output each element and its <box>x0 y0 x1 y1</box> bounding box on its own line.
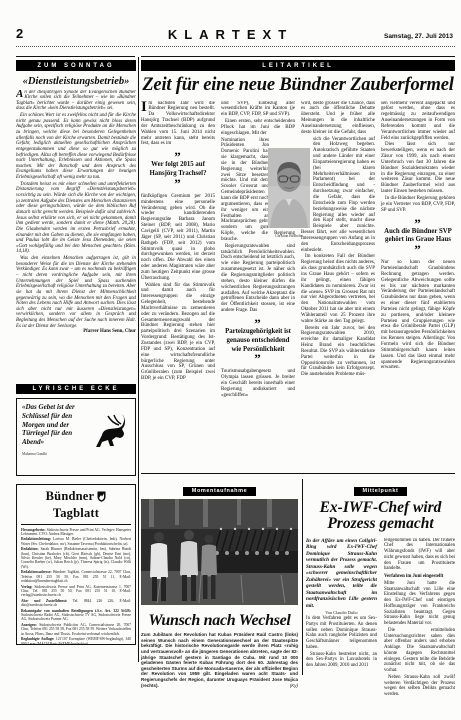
paragraph: Trotzdem heisst es mit einer schnellen u… <box>16 182 136 255</box>
author-portrait-photo: Christian Buxhofer <box>268 148 310 238</box>
paragraph: Im nächsten Jahr wird die Bündner Regier… <box>141 101 215 148</box>
imprint-text: Herausgeberin: Südostschweiz Presse und … <box>21 528 131 646</box>
quote-mark-icon: ” <box>144 179 212 188</box>
left-column-rule <box>16 56 135 57</box>
paragraph: Was den einzelnen Menschen aufgetragen i… <box>16 256 136 335</box>
paragraph: In die Bündner Regierung gehören je ein … <box>381 196 455 214</box>
byline: Von Claudio Dulio <box>306 610 377 615</box>
paragraph: wird, desto grösser die Chance, dass es … <box>301 101 375 136</box>
parade-image <box>141 499 298 605</box>
momentaufnahme-caption: Zum Jubiläum der Revolution hat Kubas Pr… <box>141 632 298 688</box>
mittelpunkt-section: Mittelpunkt Ex-IWF-Chef wird Prozess gem… <box>306 479 455 706</box>
photo-wrap: sich die Verantwortlichen auf den Holzwe… <box>301 137 375 379</box>
photo-credit: (Ky) <box>290 683 298 689</box>
paragraph: Regierungsratswahlen sind tatsächlich Pe… <box>221 244 295 314</box>
paragraph: sen vielmehr vereint angepackt und gelös… <box>381 101 455 142</box>
paragraph: sich die Verantwortlichen auf den Holzwe… <box>301 137 375 254</box>
bottom-column-divider <box>302 479 303 675</box>
page-date: Samstag, 27. Juli 2013 <box>384 33 453 40</box>
paragraph: Tourismusabgabengesetz und Olympia lasse… <box>221 369 295 398</box>
momentaufnahme-bar: Momentaufnahme <box>183 487 256 496</box>
column-1: Im nächsten Jahr wird die Bündner Regier… <box>141 101 215 458</box>
article-lead: In der Affäre um einen Callgirl-Ring wir… <box>306 538 377 610</box>
paragraph: teilgenommen zu haben. Der frühere Chef … <box>384 538 455 573</box>
imprint-line: Bekanntgabe von namhaften Beteiligungen … <box>21 609 131 622</box>
paragraph: Einen ersten, sehr entscheidenden Pflock… <box>221 119 295 137</box>
author-signature: Pfarrer Hans Senn, Chur <box>16 329 136 335</box>
imprint-line: Anzeigen: Südostschweiz Publicitas AG, C… <box>21 623 131 636</box>
paragraph: Nur so kann der neuen Parteienlandschaft… <box>381 260 455 371</box>
pull-quote: ” Auch die Bündner SVP gehört ins Graue … <box>384 219 452 255</box>
crest-icon <box>97 491 106 506</box>
lyric-box: «Das Gebet ist der Schlüssel für den Mor… <box>16 398 136 476</box>
mittelpunkt-headline: Ex-IWF-Chef wird Prozess gemacht <box>306 500 455 533</box>
paragraph: fünfköpfigen Gremium per 2015 mindestens… <box>141 194 215 282</box>
paragraph: Im konkreten Fall der Bündner Regierung … <box>301 254 375 324</box>
imprint-line: Verlag: Südostschweiz Presse und Print A… <box>21 585 131 598</box>
momentaufnahme-headline: Wunsch nach Wechsel <box>141 612 298 630</box>
imprint-line: Redaktionsadresse: Bündner Tagblatt, Com… <box>21 570 131 583</box>
paragraph: Strauss-Kahn bestreitet nicht, an den Se… <box>306 652 377 669</box>
bt-logo: Bündner Tagblatt <box>21 489 131 525</box>
pull-quote: ” Parteizugehörigkeit ist genauso entsch… <box>224 319 292 363</box>
header-dotted-rule <box>16 46 455 47</box>
paragraph: Wahlen sind für das Stimmvolk und damit … <box>141 283 215 382</box>
mittelpunkt-columns: In der Affäre um einen Callgirl-Ring wir… <box>306 538 455 706</box>
quote-mark-icon: ” <box>384 245 452 254</box>
mittelpunkt-col-1: In der Affäre um einen Callgirl-Ring wir… <box>306 538 377 706</box>
zum-sonntag-body: An der diesjährigen Synode der Evangelis… <box>16 90 136 378</box>
column-divider-left <box>138 57 139 662</box>
pull-quote: ” Wer folgt 2015 auf Hansjörg Trachsel? … <box>144 152 212 188</box>
ibex-icon <box>88 413 132 454</box>
paragraph: Mitte Juni hatte die Staatsanwaltschaft … <box>384 581 455 627</box>
bottom-section-rule <box>141 473 455 474</box>
zum-sonntag-bar: ZUM SONNTAG <box>16 60 136 71</box>
leitartikel-headline: Zeit für eine neue Bündner Zauberformel <box>141 75 455 96</box>
imprint-line: Abo- und Zustelldienst: Tel. 0844 226 22… <box>21 599 131 608</box>
paragraph: und SVP), Einbezug aller wesentlichen Kr… <box>221 101 295 119</box>
zum-sonntag-section: ZUM SONNTAG «Dienstleistungsbetrieb» An … <box>16 60 136 645</box>
mittelpunkt-col-2: teilgenommen zu haben. Der frühere Chef … <box>384 538 455 706</box>
imprint-line: Redaktionsleitung: Larissa M. Bieler (Ch… <box>21 537 131 546</box>
paragraph: Neben Strauss-Kahn soll zwölf weiteren V… <box>384 675 455 698</box>
quote-mark-icon: ” <box>144 152 212 161</box>
parade-photo <box>141 499 298 610</box>
imprint-box: Bündner Tagblatt Herausgeberin: Südostsc… <box>16 484 136 645</box>
paragraph: Bereits ein Jahr zuvor, bei den Regierun… <box>301 326 375 379</box>
leitartikel-section: LEITARTIKEL Zeit für eine neue Bündner Z… <box>141 60 455 458</box>
paragraph: In dem Verfahren geht es um Sex-Partys m… <box>306 616 377 651</box>
main-column-rule <box>141 56 455 57</box>
quote-mark-icon: ” <box>384 219 452 228</box>
paragraph: Ein schönes Wort ist es zweifellos nicht… <box>16 113 136 181</box>
quote-mark-icon: ” <box>224 319 292 328</box>
portrait-caption: Christian Buxhofer <box>268 234 310 238</box>
leitartikel-bar: LEITARTIKEL <box>141 60 455 71</box>
paragraph: An der diesjährigen Synode der Evangelis… <box>16 90 136 113</box>
subheading: Verfahren im Juni eingestellt <box>384 574 455 580</box>
paragraph: Dies lässt sich nur bewerkstelligen, wen… <box>381 142 455 195</box>
bt-logo-left: Bündner <box>46 489 94 503</box>
imprint-line: Herausgeberin: Südostschweiz Presse und … <box>21 528 131 537</box>
lyric-quote: «Das Gebet ist der Schlüssel für den Mor… <box>22 403 86 447</box>
imprint-line: Redaktion: Sarah Blumer (Redaktionsassis… <box>21 547 131 569</box>
bt-logo-right: Tagblatt <box>53 506 99 520</box>
zum-sonntag-headline: «Dienstleistungsbetrieb» <box>16 76 136 87</box>
momentaufnahme-section: Momentaufnahme <box>141 479 298 688</box>
paragraph: Die ermittelnden Untersuchungsrichter sa… <box>384 628 455 674</box>
imprint-line: Beglaubigte Auflage: 121'107 Exemplare (… <box>21 637 131 645</box>
column-3: wird, desto grösser die Chance, dass es … <box>301 101 375 458</box>
mittelpunkt-bar: Mittelpunkt <box>354 487 408 496</box>
newspaper-page: 2 KLARTEXT Samstag, 27. Juli 2013 ZUM SO… <box>0 0 461 720</box>
portrait-image <box>268 148 310 228</box>
lyrische-ecke-bar: LYRISCHE ECKE <box>16 384 136 395</box>
column-4: sen vielmehr vereint angepackt und gelös… <box>381 101 455 458</box>
quote-mark-icon: ” <box>224 354 292 363</box>
